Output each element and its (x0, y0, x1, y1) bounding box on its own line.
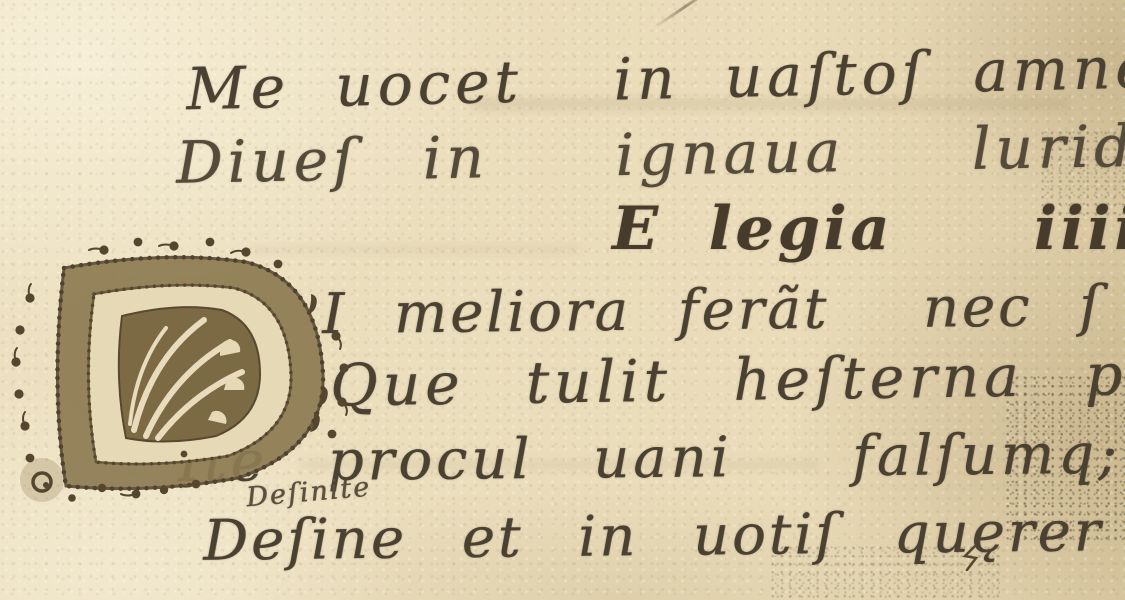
manuscript-line-4: Que tulit heſterna p (330, 340, 1125, 419)
illuminated-initial-D (6, 236, 356, 532)
stray-pen-stroke (653, 0, 714, 29)
initial-D-artwork (6, 236, 356, 532)
scribal-flourish (962, 545, 980, 571)
elegy-heading: E legia iiii (612, 194, 1125, 264)
ink-smudge (20, 458, 64, 502)
manuscript-page: Me uocet in uaſtoſ amneſ Diueſ in ignaua… (0, 0, 1125, 600)
manuscript-line-1: Me uocet in uaſtoſ amneſ (185, 33, 1125, 124)
manuscript-line-2: Diueſ in ignaua luridu (175, 111, 1125, 196)
manuscript-line-3: I meliora ferãt nec ſ (322, 274, 1104, 347)
